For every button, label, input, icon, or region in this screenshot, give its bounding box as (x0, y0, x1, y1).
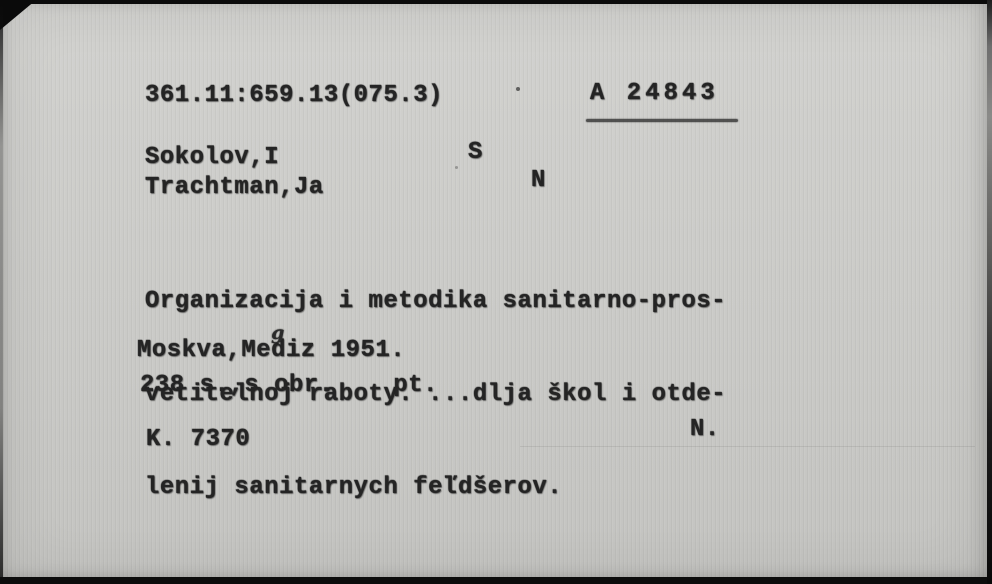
handwritten-correction: g (271, 324, 285, 343)
scan-edge-left (0, 0, 3, 584)
title-line-3: lenij sanitarnych feľdšerov. (145, 472, 726, 503)
filing-mark-s: S (468, 141, 483, 165)
control-number: K. 7370 (146, 428, 250, 452)
classification-number: 361.11:659.13(075.3) (145, 84, 443, 108)
ink-speck (516, 87, 520, 91)
ink-speck (363, 388, 366, 391)
paper-crease (520, 446, 975, 447)
accession-number: A 24843 (590, 82, 719, 106)
publication-line: Moskva,Medgiz 1951. (137, 339, 405, 363)
corner-mark: N. (690, 418, 720, 442)
collation-line: 238 s.,s obr. pt. (140, 374, 438, 398)
filing-mark-n: N (531, 169, 546, 193)
author-name-2: Trachtman,Ja (145, 176, 324, 200)
scan-edge-top (0, 0, 992, 4)
ink-speck (455, 166, 458, 169)
publication-pre: Moskva,Me (137, 337, 271, 364)
catalog-card-scan: 361.11:659.13(075.3) A 24843 Sokolov,I S… (0, 0, 992, 584)
scan-edge-right (987, 0, 992, 584)
scan-edge-bottom (0, 577, 992, 584)
publication-overwritten-letter: dg (271, 339, 286, 363)
accession-underline (586, 119, 738, 122)
publication-post: iz 1951. (286, 337, 405, 364)
author-name-1: Sokolov,I (145, 146, 279, 170)
title-line-1: Organizacija i metodika sanitarno-pros- (145, 286, 726, 317)
